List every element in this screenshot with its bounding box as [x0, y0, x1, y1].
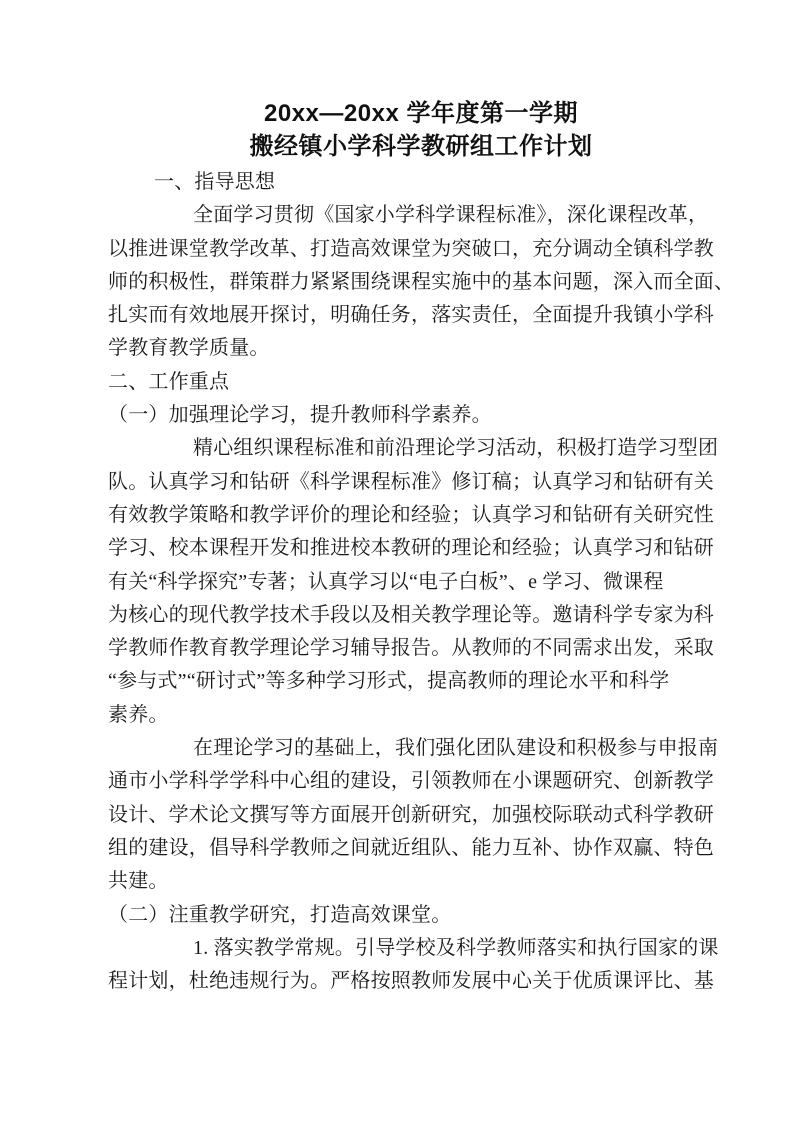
- text-line: 组的建设，倡导科学教师之间就近组队、能力互补、协作双赢、特色: [108, 832, 748, 865]
- text-line: 在理论学习的基础上，我们强化团队建设和积极参与申报南: [108, 732, 748, 765]
- text-line: 扎实而有效地展开探讨，明确任务，落实责任，全面提升我镇小学科: [108, 299, 748, 332]
- section-heading: 二、工作重点: [108, 366, 748, 399]
- document-body: 一、指导思想 全面学习贯彻《国家小学科学课程标准》，深化课程改革， 以推进课堂教…: [108, 166, 748, 998]
- text-line: 有关“科学探究”专著；认真学习以“电子白板”、e 学习、微课程: [108, 566, 748, 599]
- text-line: “参与式”“研讨式”等多种学习形式，提高教师的理论水平和科学: [108, 665, 748, 698]
- text-line: 通市小学科学学科中心组的建设，引领教师在小课题研究、创新教学: [108, 765, 748, 798]
- text-line: 师的积极性，群策群力紧紧围绕课程实施中的基本问题，深入而全面、: [108, 266, 748, 299]
- text-line: 全面学习贯彻《国家小学科学课程标准》，深化课程改革，: [108, 199, 748, 232]
- text-line: 程计划，杜绝违规行为。严格按照教师发展中心关于优质课评比、基: [108, 965, 748, 998]
- text-line: 有效教学策略和教学评价的理论和经验；认真学习和钻研有关研究性: [108, 499, 748, 532]
- document-title-block: 20xx—20xx 学年度第一学期 搬经镇小学科学教研组工作计划: [108, 97, 734, 163]
- document-subtitle: 搬经镇小学科学教研组工作计划: [108, 130, 734, 163]
- numbered-item-line: 1. 落实教学常规。引导学校及科学教师落实和执行国家的课: [108, 932, 748, 965]
- text-line: 为核心的现代教学技术手段以及相关教学理论等。邀请科学专家为科: [108, 599, 748, 632]
- text-line: 学教师作教育教学理论学习辅导报告。从教师的不同需求出发，采取: [108, 632, 748, 665]
- document-page: 20xx—20xx 学年度第一学期 搬经镇小学科学教研组工作计划 一、指导思想 …: [0, 0, 793, 1122]
- document-title: 20xx—20xx 学年度第一学期: [108, 97, 734, 130]
- text-line: 设计、学术论文撰写等方面展开创新研究，加强校际联动式科学教研: [108, 799, 748, 832]
- subsection-heading: （一）加强理论学习，提升教师科学素养。: [108, 399, 748, 432]
- text-line: 学教育教学质量。: [108, 332, 748, 365]
- text-line: 学习、校本课程开发和推进校本教研的理论和经验；认真学习和钻研: [108, 532, 748, 565]
- subsection-heading: （二）注重教学研究，打造高效课堂。: [108, 899, 748, 932]
- section-heading: 一、指导思想: [108, 166, 748, 199]
- text-line: 精心组织课程标准和前沿理论学习活动，积极打造学习型团: [108, 432, 748, 465]
- text-line: 共建。: [108, 865, 748, 898]
- text-line: 以推进课堂教学改革、打造高效课堂为突破口，充分调动全镇科学教: [108, 233, 748, 266]
- text-line: 素养。: [108, 699, 748, 732]
- text-line: 队。认真学习和钻研《科学课程标准》修订稿；认真学习和钻研有关: [108, 466, 748, 499]
